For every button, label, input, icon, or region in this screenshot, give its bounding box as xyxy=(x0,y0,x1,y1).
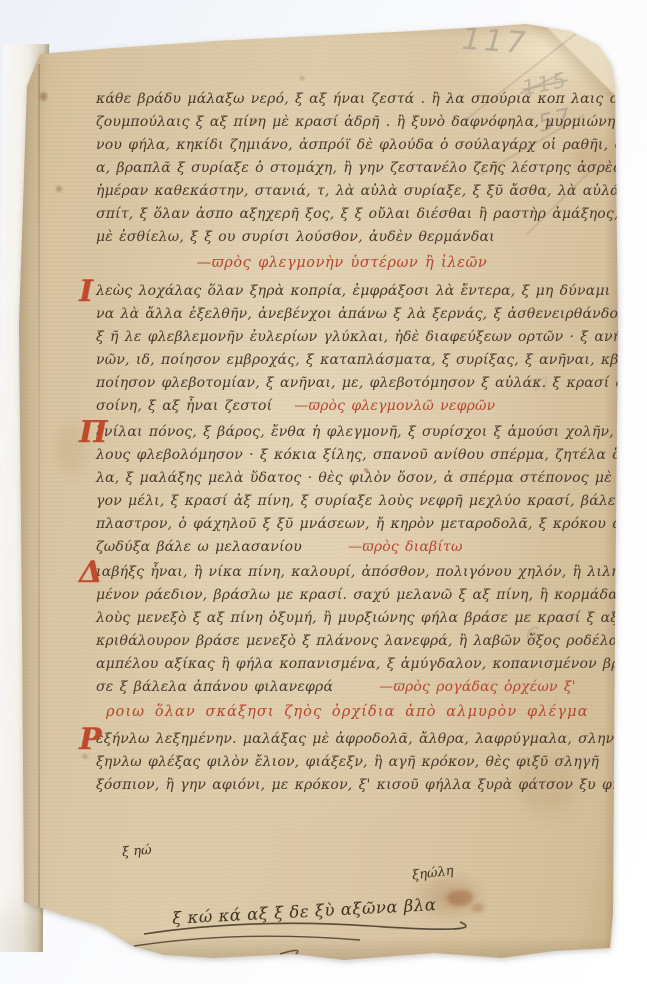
body-text: πλαστρον, ὁ φάχηλοῦ ξ ξῦ μνάσεων, ἤ κηρὸ… xyxy=(96,516,647,532)
text-line: κάθε βράδυ μάλαξω νερό, ξ αξ ήναι ζεστά … xyxy=(96,88,588,111)
body-text: σοίνη, ξ αξ ἦναι ζεστοί xyxy=(96,398,272,414)
rubric-initial: Π xyxy=(79,418,107,448)
folio-number-pencil: 117 xyxy=(461,22,530,62)
text-line: ξόσπιον, ἢ γην αφιόνι, με κρόκον, ξ' κισ… xyxy=(96,774,588,797)
text-line: σοίνη, ξ αξ ἦναι ζεστοί—ϖρὸς φλεγμονλῶ ν… xyxy=(96,395,588,418)
paragraph: Διαβήξς ἦναι, ἢ νίκα πίνη, καλουρί, ἀπόσ… xyxy=(96,561,588,699)
text-line: αμπέλου αξίκας ἢ φήλα κοπανισμένα, ξ ἀμύ… xyxy=(96,653,588,676)
text-line: λεὼς λοχάλας ὅλαν ξηρὰ κοπρία, ἐμφράξοσι… xyxy=(96,280,588,303)
body-text: ζωδύξα βάλε ω μελασανίου xyxy=(96,539,302,555)
text-line: σε ξ βάλελα ἀπάνου φιλανεφρά—ϖρὸς ρογάδα… xyxy=(96,676,588,699)
text-line: σπίτ, ξ ὅλαν ἀσπο αξηχερῆ ξος, ξ ξ οὔλαι… xyxy=(96,203,588,226)
body-text: μένον ράεδιον, βράσλω με κρασί. σαχύ μελ… xyxy=(96,587,647,603)
text-line: λους φλεβολόμησον · ξ κόκια ξίλης, σπανο… xyxy=(96,444,588,467)
body-text: μὲ ἐσθίελω, ξ ξ ου συρίσι λούσθον, ἀυδὲν… xyxy=(96,229,495,245)
text-line: —ϖρὸς φλεγμονὴν ὑστέρων ἢ ἰλεῶν xyxy=(96,252,588,275)
text-line: μένον ράεδιον, βράσλω με κρασί. σαχύ μελ… xyxy=(96,584,588,607)
body-text: ποίησον φλεβοτομίαν, ξ ανῆναι, με, φλεβο… xyxy=(96,375,647,391)
ink-stain xyxy=(40,92,47,101)
body-text: ἡμέραν καθεκάστην, στανιά, τ, λὰ αὐλὰ συ… xyxy=(96,183,634,199)
body-text: ξόσπιον, ἢ γην αφιόνι, με κρόκον, ξ' κισ… xyxy=(96,777,621,793)
rubric-text: —ϖρὸς διαβίτω xyxy=(348,539,463,555)
body-text: ξηνλω φλέξας φιλὸν ἔλιον, φιάξεξν, ἢ αγῆ… xyxy=(96,754,599,770)
body-text: α, βραπλᾶ ξ συρίαξε ὁ στομάχη, ἢ γην ζεσ… xyxy=(96,160,644,176)
text-line: ζωδύξα βάλε ω μελασανίου—ϖρὸς διαβίτω xyxy=(96,536,588,559)
text-line: λα, ξ μαλάξης μελὰ ὕδατος · θὲς φιλὸν ὅσ… xyxy=(96,467,588,490)
ink-stain xyxy=(300,76,304,80)
manuscript-photo: 117 115 57 Π 6 κάθε βράδυ μάλαξω νερό, ξ… xyxy=(0,0,647,984)
body-text: ιαβήξς ἦναι, ἢ νίκα πίνη, καλουρί, ἀπόσθ… xyxy=(96,564,628,580)
text-line: μὲ ἐσθίελω, ξ ξ ου συρίσι λούσθον, ἀυδὲν… xyxy=(96,226,588,249)
text-line: ξ ῆ λε φλεβλεμονῆν ἐυλερίων γλύκλαι, ἠδὲ… xyxy=(96,326,588,349)
body-text: αμπέλου αξίκας ἢ φήλα κοπανισμένα, ξ ἀμύ… xyxy=(96,656,629,672)
text-line: εξήνλω λεξημένην. μαλάξας μὲ ἀφροδολᾶ, ἄ… xyxy=(96,728,588,751)
paragraph: Πξνίλαι πόνος, ξ βάρος, ἔνθα ἡ φλεγμονῆ,… xyxy=(96,421,588,559)
text-line: να λὰ ἄλλα ἐξελθῆν, ἀνεβένχοι ἀπάνω ξ λὰ… xyxy=(96,303,588,326)
paragraph: κάθε βράδυ μάλαξω νερό, ξ αξ ήναι ζεστά … xyxy=(96,88,588,249)
body-text: λους φλεβολόμησον · ξ κόκια ξίλης, σπανο… xyxy=(96,447,626,463)
paragraph: Ρεξήνλω λεξημένην. μαλάξας μὲ ἀφροδολᾶ, … xyxy=(96,728,588,797)
body-text: λεὼς λοχάλας ὅλαν ξηρὰ κοπρία, ἐμφράξοσι… xyxy=(96,283,610,299)
text-line: ξηνλω φλέξας φιλὸν ἔλιον, φιάξεξν, ἢ αγῆ… xyxy=(96,751,588,774)
rubric-initial: Ι xyxy=(79,277,93,307)
text-line: κριθάλουρον βράσε μενεξὸ ξ πλάνονς λανεφ… xyxy=(96,630,588,653)
text-line: ποίησον φλεβοτομίαν, ξ ανῆναι, με, φλεβο… xyxy=(96,372,588,395)
text-line: πλαστρον, ὁ φάχηλοῦ ξ ξῦ μνάσεων, ἤ κηρὸ… xyxy=(96,513,588,536)
body-text: νῶν, ιδ, ποίησον εμβροχάς, ξ καταπλάσματ… xyxy=(96,352,623,368)
rubric-text: —ϖρὸς ρογάδας ὀρχέων ξ' xyxy=(379,679,576,695)
rubric-initial: Ρ xyxy=(79,725,102,755)
text-line: νου φήλα, κηκίδι ζημιάνο, ἀσπρόϊ δὲ φλού… xyxy=(96,134,588,157)
brown-stain xyxy=(472,904,484,912)
rubric-heading: —ϖρὸς φλεγμονὴν ὑστέρων ἢ ἰλεῶν xyxy=(96,252,588,275)
body-text: σε ξ βάλελα ἀπάνου φιλανεφρά xyxy=(96,679,333,695)
text-line: ξνίλαι πόνος, ξ βάρος, ἔνθα ἡ φλεγμονῆ, … xyxy=(96,421,588,444)
text-line: ζουμπούλαις ξ αξ πίνη μὲ κρασί ἀδρῆ . ἢ … xyxy=(96,111,588,134)
rubric-initial: Δ xyxy=(79,558,102,588)
text-line: ἡμέραν καθεκάστην, στανιά, τ, λὰ αὐλὰ συ… xyxy=(96,180,588,203)
body-text: λα, ξ μαλάξης μελὰ ὕδατος · θὲς φιλὸν ὅσ… xyxy=(96,470,641,486)
ink-stain xyxy=(56,186,62,192)
body-text: νου φήλα, κηκίδι ζημιάνο, ἀσπρόϊ δὲ φλού… xyxy=(96,137,644,153)
body-text: ξνίλαι πόνος, ξ βάρος, ἔνθα ἡ φλεγμονῆ, … xyxy=(96,424,647,440)
text-line: νῶν, ιδ, ποίησον εμβροχάς, ξ καταπλάσματ… xyxy=(96,349,588,372)
body-text: σπίτ, ξ ὅλαν ἀσπο αξηχερῆ ξος, ξ ξ οὔλαι… xyxy=(96,206,647,222)
body-text: κριθάλουρον βράσε μενεξὸ ξ πλάνονς λανεφ… xyxy=(96,633,641,649)
text-line: γον μέλι, ξ κρασί ἀξ πίνη, ξ συρίαξε λοὺ… xyxy=(96,490,588,513)
rubric-text: ροιω ὅλαν σκάξησι ζηὸς ὀρχίδια ἀπὸ αλμυρ… xyxy=(106,704,589,720)
brown-stain xyxy=(447,890,473,906)
text-line: ροιω ὅλαν σκάξησι ζηὸς ὀρχίδια ἀπὸ αλμυρ… xyxy=(106,701,588,724)
rubric-text: —ϖρὸς φλεγμονλῶ νεφρῶν xyxy=(294,398,495,414)
body-text: ζουμπούλαις ξ αξ πίνη μὲ κρασί ἀδρῆ . ἢ … xyxy=(96,114,647,130)
gutter-crease xyxy=(38,64,40,934)
rubric-text: —ϖρὸς φλεγμονὴν ὑστέρων ἢ ἰλεῶν xyxy=(197,255,488,271)
body-text: εξήνλω λεξημένην. μαλάξας μὲ ἀφροδολᾶ, ἄ… xyxy=(96,731,647,747)
text-line: ιαβήξς ἦναι, ἢ νίκα πίνη, καλουρί, ἀπόσθ… xyxy=(96,561,588,584)
paragraph: Ιλεὼς λοχάλας ὅλαν ξηρὰ κοπρία, ἐμφράξοσ… xyxy=(96,280,588,418)
body-text: ξ ῆ λε φλεβλεμονῆν ἐυλερίων γλύκλαι, ἠδὲ… xyxy=(96,329,647,345)
pen-flourish xyxy=(130,916,470,974)
bottom-note: ξηώλη xyxy=(411,864,454,884)
rubric-heading: ροιω ὅλαν σκάξησι ζηὸς ὀρχίδια ἀπὸ αλμυρ… xyxy=(96,701,588,724)
bottom-note: ξ ηώ xyxy=(121,843,152,861)
body-text: να λὰ ἄλλα ἐξελθῆν, ἀνεβένχοι ἀπάνω ξ λὰ… xyxy=(96,306,624,322)
text-line: α, βραπλᾶ ξ συρίαξε ὁ στομάχη, ἢ γην ζεσ… xyxy=(96,157,588,180)
body-text: λοὺς μενεξὸ ξ αξ πίνη ὀξυμή, ἢ μυρξιώνης… xyxy=(96,610,647,626)
text-line: λοὺς μενεξὸ ξ αξ πίνη ὀξυμή, ἢ μυρξιώνης… xyxy=(96,607,588,630)
text-column: κάθε βράδυ μάλαξω νερό, ξ αξ ήναι ζεστά … xyxy=(96,88,588,797)
body-text: γον μέλι, ξ κρασί ἀξ πίνη, ξ συρίαξε λοὺ… xyxy=(96,493,647,509)
body-text: κάθε βράδυ μάλαξω νερό, ξ αξ ήναι ζεστά … xyxy=(96,91,647,107)
manuscript-page: 117 115 57 Π 6 κάθε βράδυ μάλαξω νερό, ξ… xyxy=(14,24,618,962)
